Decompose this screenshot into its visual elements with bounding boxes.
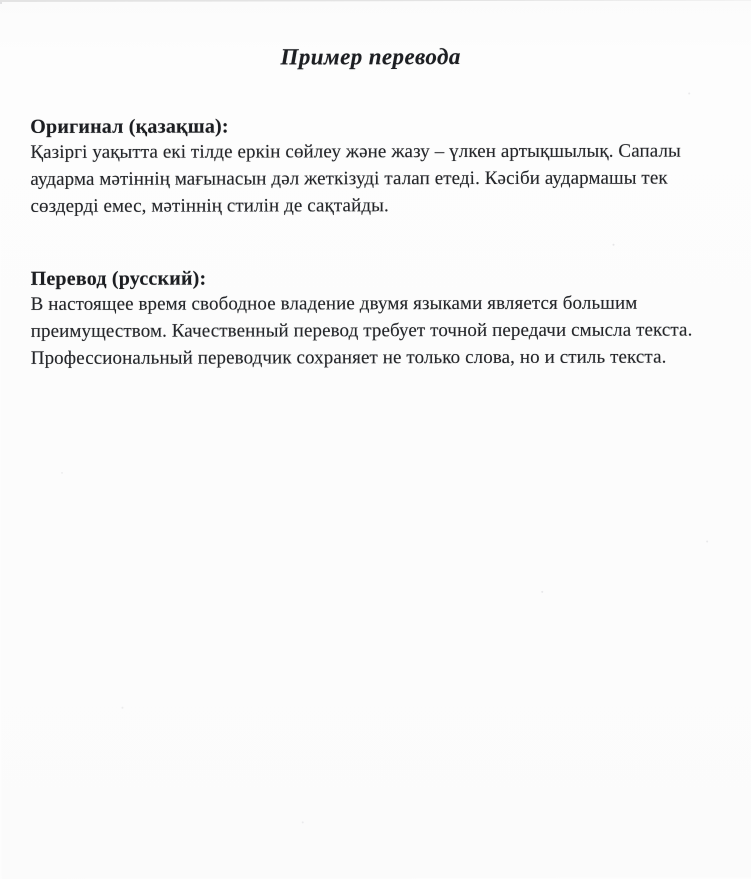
text-line: Қазіргі уақытта екі тілде еркін сөйлеу ж… <box>30 138 711 166</box>
text-line: преимуществом. Качественный перевод треб… <box>31 317 712 345</box>
section-heading-translation: Перевод (русский): <box>31 266 712 291</box>
paragraph-original-kazakh: Қазіргі уақытта екі тілде еркін сөйлеу ж… <box>30 138 711 220</box>
section-original-kazakh: Оригинал (қазақша): Қазіргі уақытта екі … <box>30 114 711 220</box>
text-line: Профессиональный переводчик сохраняет не… <box>31 344 712 372</box>
text-line: сөздерді емес, мәтіннің стилін де сақтай… <box>30 192 711 220</box>
paragraph-translation-russian: В настоящее время свободное владение дву… <box>31 290 712 372</box>
text-line: В настоящее время свободное владение дву… <box>31 290 712 318</box>
document-content: Пример перевода Оригинал (қазақша): Қазі… <box>30 1 712 372</box>
scan-noise-speckles <box>0 2 2 4</box>
text-line: аударма мәтіннің мағынасын дәл жеткізуді… <box>30 165 711 193</box>
section-heading-original: Оригинал (қазақша): <box>30 114 711 139</box>
section-translation-russian: Перевод (русский): В настоящее время сво… <box>31 266 712 372</box>
document-title: Пример перевода <box>30 1 711 72</box>
scanned-document-page: Пример перевода Оригинал (қазақша): Қазі… <box>0 0 751 879</box>
